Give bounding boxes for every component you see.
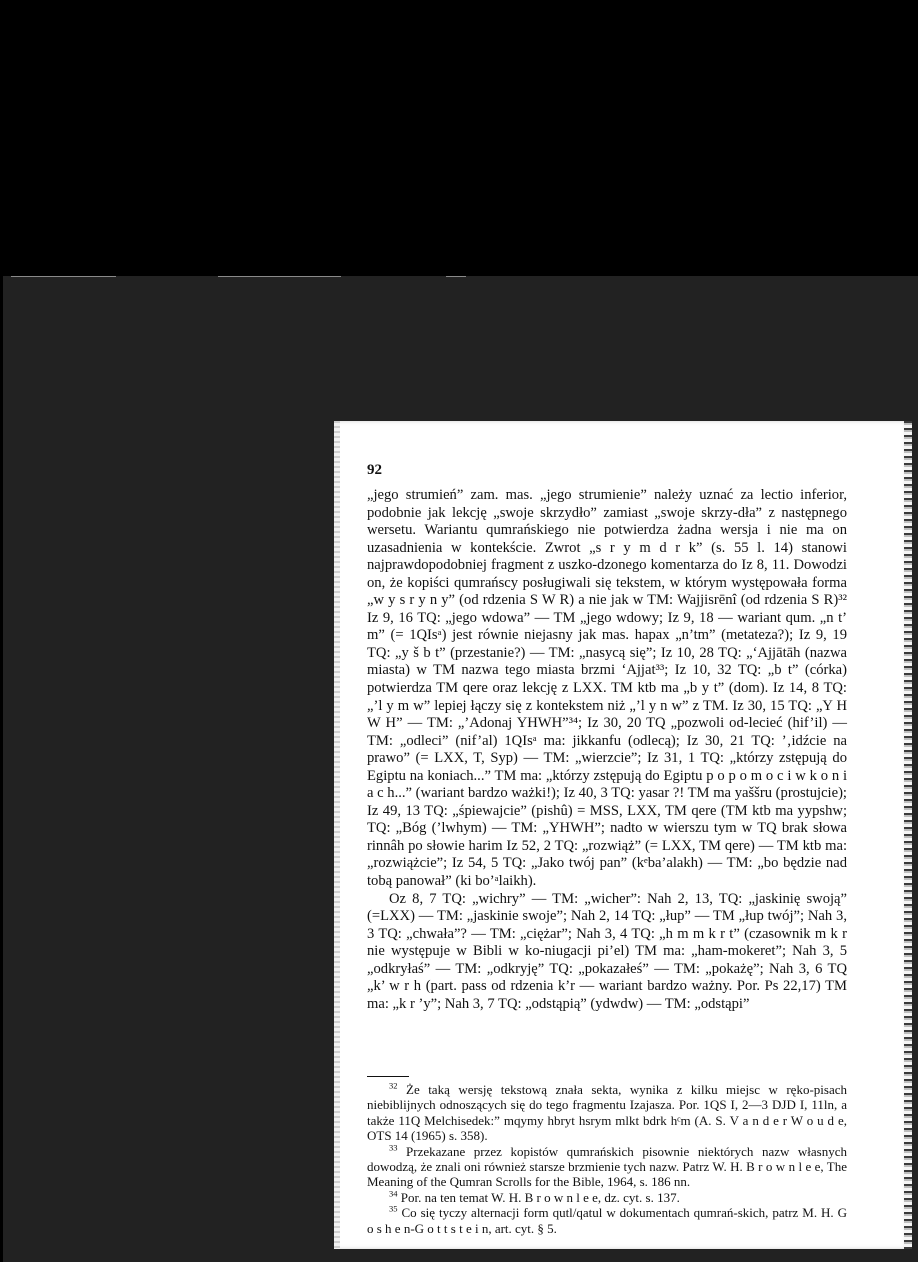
scan-seam — [218, 276, 341, 277]
top-black-band — [0, 0, 918, 276]
scan-seam — [446, 276, 466, 277]
footnote-32: 32 Że taką wersję tekstową znała sekta, … — [367, 1082, 847, 1144]
scanned-page: 92 „jego strumień” zam. mas. „jego strum… — [334, 421, 912, 1249]
footnote-number: 32 — [389, 1081, 398, 1091]
footnote-number: 33 — [389, 1142, 398, 1152]
paragraph: „jego strumień” zam. mas. „jego strumien… — [367, 487, 847, 891]
body-text: „jego strumień” zam. mas. „jego strumien… — [367, 487, 847, 1013]
page-number: 92 — [367, 462, 382, 479]
page-left-edge — [334, 421, 340, 1249]
footnotes: 32 Że taką wersję tekstową znała sekta, … — [367, 1082, 847, 1236]
footnote-text: Por. na ten temat W. H. B r o w n l e e,… — [401, 1190, 680, 1205]
footnote-33: 33 Przekazane przez kopistów qumrańskich… — [367, 1144, 847, 1190]
footnote-number: 34 — [389, 1189, 398, 1199]
footnote-separator — [367, 1076, 409, 1077]
footnote-text: Co się tyczy alternacji form qutl/qatul … — [367, 1205, 847, 1235]
footnote-35: 35 Co się tyczy alternacji form qutl/qat… — [367, 1205, 847, 1236]
footnote-34: 34 Por. na ten temat W. H. B r o w n l e… — [367, 1190, 847, 1205]
footnote-number: 35 — [389, 1204, 398, 1214]
page-right-edge — [904, 421, 912, 1249]
scan-seam — [11, 276, 116, 277]
footnote-text: Że taką wersję tekstową znała sekta, wyn… — [367, 1082, 847, 1143]
paragraph: Oz 8, 7 TQ: „wichry” — TM: „wicher”: Nah… — [367, 891, 847, 1014]
footnote-text: Przekazane przez kopistów qumrańskich pi… — [367, 1144, 847, 1190]
